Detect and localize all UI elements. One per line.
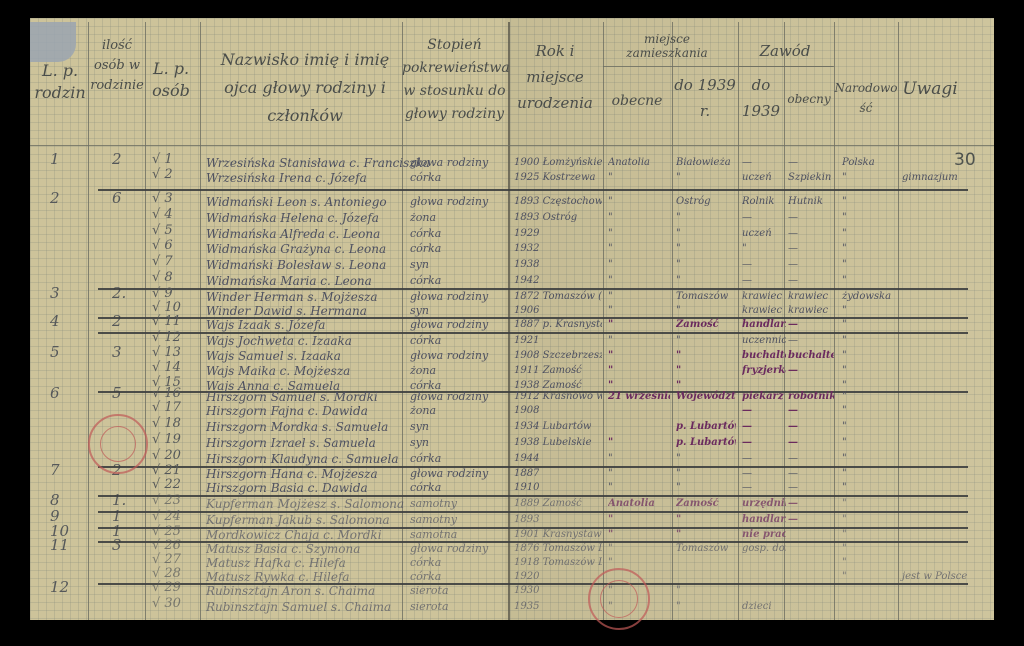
person-number: √ 12 bbox=[152, 331, 181, 345]
person-relation: córka bbox=[410, 556, 441, 570]
person-birth: 1925 Kostrzewa bbox=[514, 171, 596, 185]
person-residence-1939: " bbox=[676, 452, 681, 466]
person-occupation-now: buchalter bbox=[788, 349, 834, 363]
person-name: Widmańska Grażyna c. Leona bbox=[206, 242, 386, 256]
header-miejsce-zamieszkania: miejsce zamieszkania bbox=[602, 32, 732, 60]
person-number: √ 7 bbox=[152, 255, 173, 269]
person-relation: sierota bbox=[410, 600, 449, 614]
person-birth: 1920 bbox=[514, 570, 539, 584]
person-name: Matusz Rywka c. Hilefa bbox=[206, 570, 350, 584]
person-birth: 1938 bbox=[514, 258, 539, 272]
person-residence-now: " bbox=[608, 318, 613, 332]
person-nationality: Polska bbox=[842, 156, 875, 170]
person-occupation-now: — bbox=[788, 467, 798, 481]
person-birth: 1908 Szczebrzeszyn bbox=[514, 349, 602, 363]
stamp-bottom bbox=[588, 568, 650, 630]
person-occupation-1939: krawiec bbox=[742, 304, 782, 318]
family-size: 6 bbox=[112, 191, 122, 205]
person-birth: 1876 Tomaszów Lubelski bbox=[514, 542, 602, 556]
person-number: √ 1 bbox=[152, 153, 173, 167]
person-nationality: " bbox=[842, 304, 847, 318]
person-name: Rubinsztajn Aron s. Chaima bbox=[206, 584, 375, 598]
person-name: Wajs Maika c. Mojżesza bbox=[206, 364, 350, 378]
person-occupation-1939: nie pracuje bbox=[742, 528, 786, 542]
person-nationality: " bbox=[842, 404, 847, 418]
person-occupation-1939: uczennica bbox=[742, 334, 786, 348]
person-nationality: " bbox=[842, 452, 847, 466]
person-residence-now: " bbox=[608, 452, 613, 466]
person-number: √ 29 bbox=[152, 581, 181, 595]
person-birth: 1944 bbox=[514, 452, 539, 466]
header-narodowosc: Narodowość bbox=[834, 78, 898, 118]
person-nationality: " bbox=[842, 420, 847, 434]
header-do-1939r: do 1939 r. bbox=[672, 72, 738, 124]
column-divider bbox=[898, 22, 899, 620]
person-occupation-now: — bbox=[788, 258, 798, 272]
person-name: Wrzesińska Stanisława c. Franciszka bbox=[206, 156, 430, 170]
person-number: √ 25 bbox=[152, 525, 181, 539]
family-number: 4 bbox=[50, 314, 60, 328]
person-occupation-now: — bbox=[788, 420, 798, 434]
person-relation: córka bbox=[410, 481, 441, 495]
family-size: 2 bbox=[112, 152, 122, 166]
person-residence-now: " bbox=[608, 349, 613, 363]
person-occupation-now: — bbox=[788, 274, 798, 288]
person-occupation-1939: krawiec bbox=[742, 290, 782, 304]
stamp-left bbox=[88, 414, 148, 474]
person-relation: żona bbox=[410, 364, 436, 378]
person-residence-1939: " bbox=[676, 171, 681, 185]
person-nationality: " bbox=[842, 318, 847, 332]
header-lp-rodzin: L. p. rodzin bbox=[32, 60, 88, 104]
person-residence-1939: Ostróg bbox=[676, 195, 711, 209]
person-number: √ 19 bbox=[152, 433, 181, 447]
person-birth: 1889 Zamość bbox=[514, 497, 582, 511]
person-residence-now: Anatolia bbox=[608, 156, 650, 170]
column-divider bbox=[145, 22, 146, 620]
person-birth: 1900 Łomżyńskie bbox=[514, 156, 602, 170]
person-relation: głowa rodziny bbox=[410, 390, 488, 404]
person-residence-now: " bbox=[608, 211, 613, 225]
person-residence-now: " bbox=[608, 195, 613, 209]
person-residence-now: " bbox=[608, 304, 613, 318]
person-number: √ 14 bbox=[152, 361, 181, 375]
person-number: √ 20 bbox=[152, 449, 181, 463]
header-nazwisko: Nazwisko imię i imię ojca głowy rodziny … bbox=[205, 46, 405, 130]
person-residence-1939: " bbox=[676, 274, 681, 288]
person-name: Hirszgorn Klaudyna c. Samuela bbox=[206, 452, 398, 466]
person-number: √ 8 bbox=[152, 271, 173, 285]
person-birth: 1893 Częstochowa bbox=[514, 195, 602, 209]
person-residence-1939: Zamość bbox=[676, 497, 719, 511]
person-relation: głowa rodziny bbox=[410, 156, 488, 170]
person-residence-1939: " bbox=[676, 211, 681, 225]
person-relation: sierota bbox=[410, 584, 449, 598]
person-occupation-1939: uczeń bbox=[742, 171, 772, 185]
person-number: √ 30 bbox=[152, 597, 181, 611]
person-nationality: " bbox=[842, 528, 847, 542]
person-number: √ 2 bbox=[152, 168, 173, 182]
person-nationality: " bbox=[842, 390, 847, 404]
header-uwagi: Uwagi bbox=[900, 78, 960, 100]
person-birth: 1901 Krasnystaw bbox=[514, 528, 602, 542]
person-occupation-1939: — bbox=[742, 436, 752, 450]
person-residence-now: 21 września Anatolia bbox=[608, 390, 670, 404]
person-number: √ 23 bbox=[152, 494, 181, 508]
person-nationality: " bbox=[842, 542, 847, 556]
person-occupation-1939: — bbox=[742, 258, 752, 272]
person-number: √ 9 bbox=[152, 287, 173, 301]
person-nationality: " bbox=[842, 364, 847, 378]
person-birth: 1910 bbox=[514, 481, 539, 495]
person-number: √ 4 bbox=[152, 208, 173, 222]
person-number: √ 10 bbox=[152, 301, 181, 315]
family-number: 5 bbox=[50, 345, 60, 359]
person-birth: 1934 Lubartów bbox=[514, 420, 591, 434]
person-relation: córka bbox=[410, 227, 441, 241]
person-nationality: " bbox=[842, 211, 847, 225]
person-residence-1939: " bbox=[676, 258, 681, 272]
person-nationality: " bbox=[842, 513, 847, 527]
person-birth: 1932 bbox=[514, 242, 539, 256]
person-occupation-now: — bbox=[788, 481, 798, 495]
family-number: 9 bbox=[50, 509, 60, 523]
person-name: Widmański Leon s. Antoniego bbox=[206, 195, 387, 209]
person-occupation-1939: handlarz bbox=[742, 513, 786, 527]
person-name: Widmańska Maria c. Leona bbox=[206, 274, 372, 288]
person-name: Hirszgorn Samuel s. Mordki bbox=[206, 390, 378, 404]
person-occupation-1939: — bbox=[742, 404, 752, 418]
person-residence-now: " bbox=[608, 542, 613, 556]
person-name: Wajs Izaak s. Józefa bbox=[206, 318, 325, 332]
person-relation: syn bbox=[410, 258, 429, 272]
person-nationality: " bbox=[842, 171, 847, 185]
person-birth: 1938 Lubelskie bbox=[514, 436, 592, 450]
person-name: Hirszgorn Fajna c. Dawida bbox=[206, 404, 368, 418]
person-occupation-1939: — bbox=[742, 452, 752, 466]
person-nationality: " bbox=[842, 349, 847, 363]
person-birth: 1912 Krasnowo woj. lubelskie bbox=[514, 390, 602, 404]
person-relation: głowa rodziny bbox=[410, 467, 488, 481]
person-number: √ 22 bbox=[152, 478, 181, 492]
person-residence-1939: " bbox=[676, 481, 681, 495]
person-nationality: " bbox=[842, 570, 847, 584]
person-occupation-1939: — bbox=[742, 156, 752, 170]
header-divider bbox=[30, 145, 994, 146]
person-residence-now: " bbox=[608, 364, 613, 378]
person-residence-1939: " bbox=[676, 513, 681, 527]
person-number: √ 27 bbox=[152, 553, 181, 567]
person-occupation-1939: urzędnik bbox=[742, 497, 786, 511]
person-residence-now: " bbox=[608, 258, 613, 272]
person-occupation-1939: — bbox=[742, 467, 752, 481]
person-residence-1939: " bbox=[676, 528, 681, 542]
person-relation: syn bbox=[410, 304, 429, 318]
person-occupation-now: — bbox=[788, 334, 798, 348]
person-relation: głowa rodziny bbox=[410, 290, 488, 304]
person-occupation-1939: fryzjerka bbox=[742, 364, 786, 378]
person-nationality: " bbox=[842, 258, 847, 272]
person-number: √ 28 bbox=[152, 567, 181, 581]
person-occupation-now: — bbox=[788, 156, 798, 170]
person-number: √ 21 bbox=[152, 464, 181, 478]
person-name: Hirszgorn Hana c. Mojżesza bbox=[206, 467, 378, 481]
person-number: √ 17 bbox=[152, 401, 181, 415]
person-occupation-now: — bbox=[788, 404, 798, 418]
person-occupation-1939: uczeń bbox=[742, 227, 772, 241]
header-zawod-do-1939: do 1939 bbox=[738, 72, 784, 124]
person-residence-1939: " bbox=[676, 334, 681, 348]
person-occupation-1939: " bbox=[742, 242, 747, 256]
person-residence-now: Anatolia bbox=[608, 497, 655, 511]
person-residence-1939: Białowieża bbox=[676, 156, 731, 170]
person-relation: głowa rodziny bbox=[410, 542, 488, 556]
person-relation: córka bbox=[410, 452, 441, 466]
person-occupation-now: robotnik bbox=[788, 390, 834, 404]
person-name: Winder Dawid s. Hermana bbox=[206, 304, 367, 318]
person-name: Kupferman Mojżesz s. Salomona bbox=[206, 497, 404, 511]
person-relation: córka bbox=[410, 171, 441, 185]
person-name: Mordkowicz Chaja c. Mordki bbox=[206, 528, 382, 542]
person-occupation-1939: buchalter bbox=[742, 349, 786, 363]
header-zawod-obecny: obecny bbox=[784, 88, 834, 110]
person-number: √ 18 bbox=[152, 417, 181, 431]
person-number: √ 6 bbox=[152, 239, 173, 253]
person-nationality: " bbox=[842, 242, 847, 256]
person-name: Wajs Samuel s. Izaaka bbox=[206, 349, 341, 363]
person-relation: syn bbox=[410, 420, 429, 434]
person-residence-now: " bbox=[608, 290, 613, 304]
person-occupation-1939: — bbox=[742, 481, 752, 495]
person-number: √ 24 bbox=[152, 510, 181, 524]
person-residence-now: " bbox=[608, 227, 613, 241]
person-relation: głowa rodziny bbox=[410, 349, 488, 363]
person-birth: 1921 bbox=[514, 334, 539, 348]
person-residence-1939: " bbox=[676, 304, 681, 318]
person-nationality: " bbox=[842, 195, 847, 209]
header-rok-miejsce: Rok i miejsce urodzenia bbox=[510, 38, 600, 116]
person-birth: 1930 bbox=[514, 584, 539, 598]
person-occupation-now: — bbox=[788, 211, 798, 225]
person-occupation-now: — bbox=[788, 452, 798, 466]
person-residence-now: " bbox=[608, 436, 613, 450]
family-number: 6 bbox=[50, 386, 60, 400]
person-residence-now: " bbox=[608, 242, 613, 256]
person-name: Matusz Hafka c. Hilefa bbox=[206, 556, 346, 570]
person-residence-1939: " bbox=[676, 584, 681, 598]
person-relation: córka bbox=[410, 242, 441, 256]
person-residence-now: " bbox=[608, 171, 613, 185]
person-relation: głowa rodziny bbox=[410, 195, 488, 209]
person-birth: 1887 bbox=[514, 467, 539, 481]
person-nationality: " bbox=[842, 497, 847, 511]
person-relation: głowa rodziny bbox=[410, 318, 488, 332]
person-occupation-now: krawiec bbox=[788, 304, 828, 318]
person-birth: 1935 bbox=[514, 600, 539, 614]
person-residence-1939: " bbox=[676, 364, 681, 378]
person-number: √ 5 bbox=[152, 224, 173, 238]
person-occupation-now: — bbox=[788, 364, 798, 378]
person-residence-1939: " bbox=[676, 600, 681, 614]
person-name: Widmańska Alfreda c. Leona bbox=[206, 227, 380, 241]
header-obecne: obecne bbox=[604, 90, 670, 112]
person-notes: jest w Polsce bbox=[902, 570, 967, 584]
person-occupation-now: — bbox=[788, 513, 798, 527]
person-name: Rubinsztajn Samuel s. Chaima bbox=[206, 600, 391, 614]
person-nationality: " bbox=[842, 334, 847, 348]
person-name: Hirszgorn Basia c. Dawida bbox=[206, 481, 368, 495]
person-residence-now: " bbox=[608, 467, 613, 481]
person-birth: 1893 Ostróg bbox=[514, 211, 577, 225]
person-name: Widmańska Helena c. Józefa bbox=[206, 211, 379, 225]
page-number: 30 bbox=[954, 150, 976, 170]
person-notes: gimnazjum bbox=[902, 171, 958, 185]
person-number: √ 13 bbox=[152, 346, 181, 360]
person-residence-now: " bbox=[608, 274, 613, 288]
person-occupation-now: — bbox=[788, 227, 798, 241]
person-occupation-1939: piekarz bbox=[742, 390, 784, 404]
person-name: Wrzesińska Irena c. Józefa bbox=[206, 171, 367, 185]
person-nationality: " bbox=[842, 227, 847, 241]
header-zawod: Zawód bbox=[740, 40, 830, 62]
person-number: √ 3 bbox=[152, 192, 173, 206]
person-residence-1939: " bbox=[676, 349, 681, 363]
person-residence-1939: p. Lubartów bbox=[676, 420, 736, 434]
person-residence-1939: " bbox=[676, 227, 681, 241]
family-size: 5 bbox=[112, 386, 122, 400]
person-name: Kupferman Jakub s. Salomona bbox=[206, 513, 390, 527]
header-lp-osob: L. p. osób bbox=[146, 58, 196, 102]
person-nationality: " bbox=[842, 436, 847, 450]
person-nationality: " bbox=[842, 467, 847, 481]
person-residence-now: " bbox=[608, 513, 613, 527]
person-nationality: " bbox=[842, 274, 847, 288]
person-occupation-now: Hutnik bbox=[788, 195, 823, 209]
person-number: √ 16 bbox=[152, 387, 181, 401]
family-number: 2 bbox=[50, 191, 60, 205]
person-occupation-1939: handlarz bbox=[742, 318, 786, 332]
person-occupation-now: — bbox=[788, 436, 798, 450]
person-name: Widmański Bolesław s. Leona bbox=[206, 258, 386, 272]
person-occupation-1939: — bbox=[742, 211, 752, 225]
person-occupation-1939: dzieci bbox=[742, 600, 772, 614]
person-birth: 1893 bbox=[514, 513, 539, 527]
family-number: 3 bbox=[50, 286, 60, 300]
person-residence-1939: " bbox=[676, 242, 681, 256]
person-occupation-now: — bbox=[788, 497, 798, 511]
family-number: 8 bbox=[50, 493, 60, 507]
paper-smudge bbox=[30, 22, 76, 62]
person-occupation-1939: gosp. domowa bbox=[742, 542, 786, 556]
person-relation: córka bbox=[410, 570, 441, 584]
person-nationality: " bbox=[842, 481, 847, 495]
person-birth: 1942 bbox=[514, 274, 539, 288]
person-relation: samotny bbox=[410, 513, 457, 527]
person-relation: żona bbox=[410, 211, 436, 225]
family-separator bbox=[98, 189, 968, 191]
person-occupation-1939: Rolnik bbox=[742, 195, 774, 209]
person-occupation-now: — bbox=[788, 242, 798, 256]
person-birth: 1906 bbox=[514, 304, 539, 318]
person-nationality: żydowska bbox=[842, 290, 891, 304]
column-divider bbox=[88, 22, 89, 620]
person-name: Matusz Basia c. Szymona bbox=[206, 542, 360, 556]
person-residence-1939: Zamość bbox=[676, 318, 719, 332]
person-name: Hirszgorn Mordka s. Samuela bbox=[206, 420, 388, 434]
person-residence-now: " bbox=[608, 334, 613, 348]
family-number: 12 bbox=[50, 580, 69, 594]
person-nationality: " bbox=[842, 556, 847, 570]
person-residence-1939: Tomaszów bbox=[676, 290, 728, 304]
person-residence-1939: p. Lubartów bbox=[676, 436, 736, 450]
person-number: √ 11 bbox=[152, 315, 181, 329]
person-residence-1939: Województwo Krasnowo p. Lubartów bbox=[676, 390, 736, 404]
person-occupation-now: krawiec bbox=[788, 290, 828, 304]
column-divider bbox=[200, 22, 201, 620]
header-ilosc-osob: ilość osób w rodzinie bbox=[90, 36, 144, 96]
person-name: Wajs Jochweta c. Izaaka bbox=[206, 334, 352, 348]
person-occupation-1939: — bbox=[742, 420, 752, 434]
person-birth: 1872 Tomaszów (Lubelskie) bbox=[514, 290, 602, 304]
person-number: √ 26 bbox=[152, 539, 181, 553]
person-birth: 1929 bbox=[514, 227, 539, 241]
person-occupation-now: — bbox=[788, 318, 798, 332]
person-residence-now: " bbox=[608, 481, 613, 495]
person-relation: żona bbox=[410, 404, 436, 418]
family-number: 11 bbox=[50, 538, 69, 552]
person-occupation-1939: — bbox=[742, 274, 752, 288]
person-relation: córka bbox=[410, 274, 441, 288]
family-number: 1 bbox=[50, 152, 60, 166]
person-birth: 1887 p. Krasnystaw bbox=[514, 318, 602, 332]
subheader-divider bbox=[738, 66, 834, 67]
person-relation: syn bbox=[410, 436, 429, 450]
person-residence-1939: " bbox=[676, 467, 681, 481]
family-number: 7 bbox=[50, 463, 60, 477]
family-size: 3 bbox=[112, 345, 122, 359]
person-relation: samotny bbox=[410, 497, 457, 511]
person-birth: 1918 Tomaszów Lubelski bbox=[514, 556, 602, 570]
person-birth: 1908 bbox=[514, 404, 539, 418]
person-birth: 1911 Zamość bbox=[514, 364, 582, 378]
person-relation: córka bbox=[410, 334, 441, 348]
person-name: Hirszgorn Izrael s. Samuela bbox=[206, 436, 376, 450]
person-occupation-now: Szpiekin bbox=[788, 171, 831, 185]
header-stopien: Stopień pokrewieństwa w stosunku do głow… bbox=[402, 34, 507, 126]
person-name: Winder Herman s. Mojżesza bbox=[206, 290, 377, 304]
person-residence-1939: Tomaszów bbox=[676, 542, 728, 556]
person-residence-now: " bbox=[608, 528, 613, 542]
person-relation: samotna bbox=[410, 528, 457, 542]
